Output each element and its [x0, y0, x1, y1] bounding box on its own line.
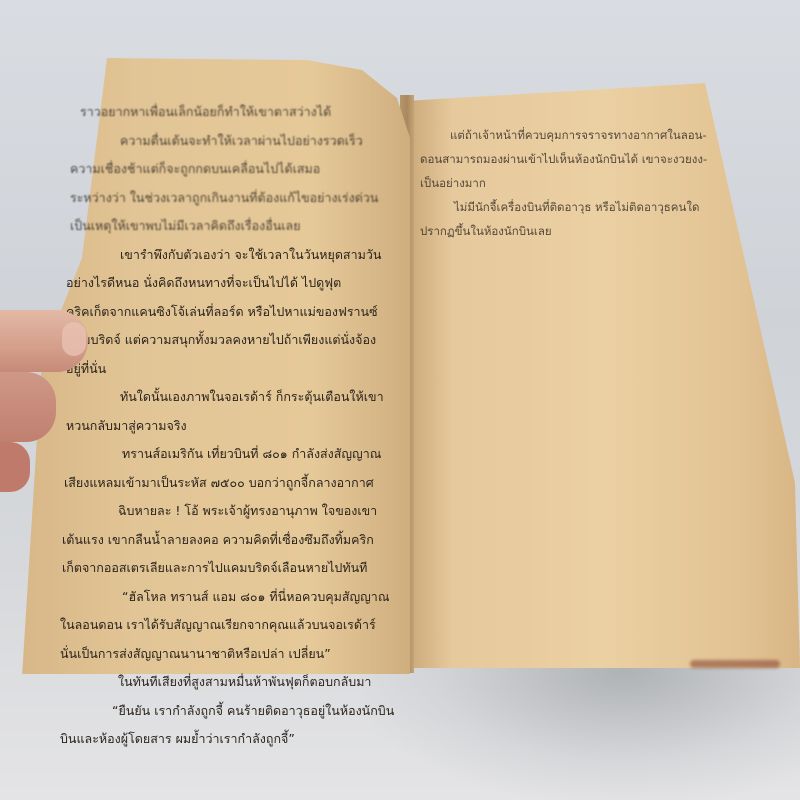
text-line: “ฮัลโหล ทรานส์ แอม ๘๐๑ ที่นี่หอควบคุมสัญ… [60, 583, 420, 612]
text-line: ราวอยากหาเพื่อนเล็กน้อยก็ทำให้เขาตาสว่าง… [60, 98, 420, 127]
text-line: ในลอนดอน เราได้รับสัญญาณเรียกจากคุณแล้วบ… [60, 611, 420, 640]
text-line: อย่างไรดีหนอ นั่งคิดถึงหนทางที่จะเป็นไปไ… [60, 269, 420, 298]
text-line: “ยืนยัน เรากำลังถูกจี้ คนร้ายติดอาวุธอยู… [60, 697, 420, 726]
left-page-text: ราวอยากหาเพื่อนเล็กน้อยก็ทำให้เขาตาสว่าง… [60, 98, 420, 754]
finger [0, 372, 56, 442]
text-line: เป็นเหตุให้เขาพบไม่มีเวลาคิดถึงเรื่องอื่… [60, 212, 420, 241]
text-line: ระหว่างว่า ในช่วงเวลาถูกเกินงานที่ต้องแก… [60, 184, 420, 213]
text-line: นั่นเป็นการส่งสัญญาณนานาชาติหรือเปล่า เป… [60, 640, 420, 669]
text-line: หวนกลับมาสู่ความจริง [60, 412, 420, 441]
text-line: บินและห้องผู้โดยสาร ผมย้ำว่าเรากำลังถูกจ… [60, 725, 420, 754]
thumbnail [62, 322, 86, 356]
text-line: เต้นแรง เขากลืนน้ำลายลงคอ ความคิดที่เซื่… [60, 526, 420, 555]
text-line: เสียงแหลมเข้ามาเป็นระหัส ๗๕๐๐ บอกว่าถูกจ… [60, 469, 420, 498]
text-line: ความเชื่องช้าแต่ก็จะถูกกดบนเคลื่อนไปได้เ… [60, 155, 420, 184]
text-line: ความตื่นเต้นจะทำให้เวลาผ่านไปอย่างรวดเร็… [60, 127, 420, 156]
text-line: ดอนสามารถมองผ่านเข้าไปเห็นห้องนักบินได้ … [420, 147, 750, 171]
text-line: แต่ถ้าเจ้าหน้าที่ควบคุมการจราจรทางอากาศใ… [420, 123, 750, 147]
finger [0, 442, 30, 492]
text-line: ฉิบหายละ ! โอ้ พระเจ้าผู้ทรงอานุภาพ ใจขอ… [60, 497, 420, 526]
text-line: อยู่ที่นั่น [60, 355, 420, 384]
text-line: แคมบริดจ์ แต่ความสนุกทั้งมวลคงหายไปถ้าเพ… [60, 326, 420, 355]
page-edge-stain [690, 660, 780, 668]
text-line: ทรานส์อเมริกัน เที่ยวบินที่ ๘๐๑ กำลังส่ง… [60, 440, 420, 469]
text-line: เป็นอย่างมาก [420, 171, 750, 195]
right-page-text: แต่ถ้าเจ้าหน้าที่ควบคุมการจราจรทางอากาศใ… [420, 123, 750, 243]
text-line: ปรากฏขึ้นในห้องนักบินเลย [420, 219, 750, 243]
text-line: ในทันทีเสียงที่สูงสามหมื่นห้าพันฟุตก็ตอบ… [60, 668, 420, 697]
text-line: เก็ตจากออสเตรเลียและการไปแคมบริดจ์เลือนห… [60, 554, 420, 583]
text-line: ไม่มีนักจี้เครื่องบินที่ติดอาวุธ หรือไม่… [420, 195, 750, 219]
text-line: เขารำพึงกับตัวเองว่า จะใช้เวลาในวันหยุดส… [60, 241, 420, 270]
hand-holding-page [0, 282, 92, 492]
text-line: ทันใดนั้นเองภาพในจอเรด้าร์ ก็กระตุ้นเตือ… [60, 383, 420, 412]
text-line: คริคเก็ตจากแคนซิงโจ้เล่นที่ลอร์ด หรือไปห… [60, 298, 420, 327]
